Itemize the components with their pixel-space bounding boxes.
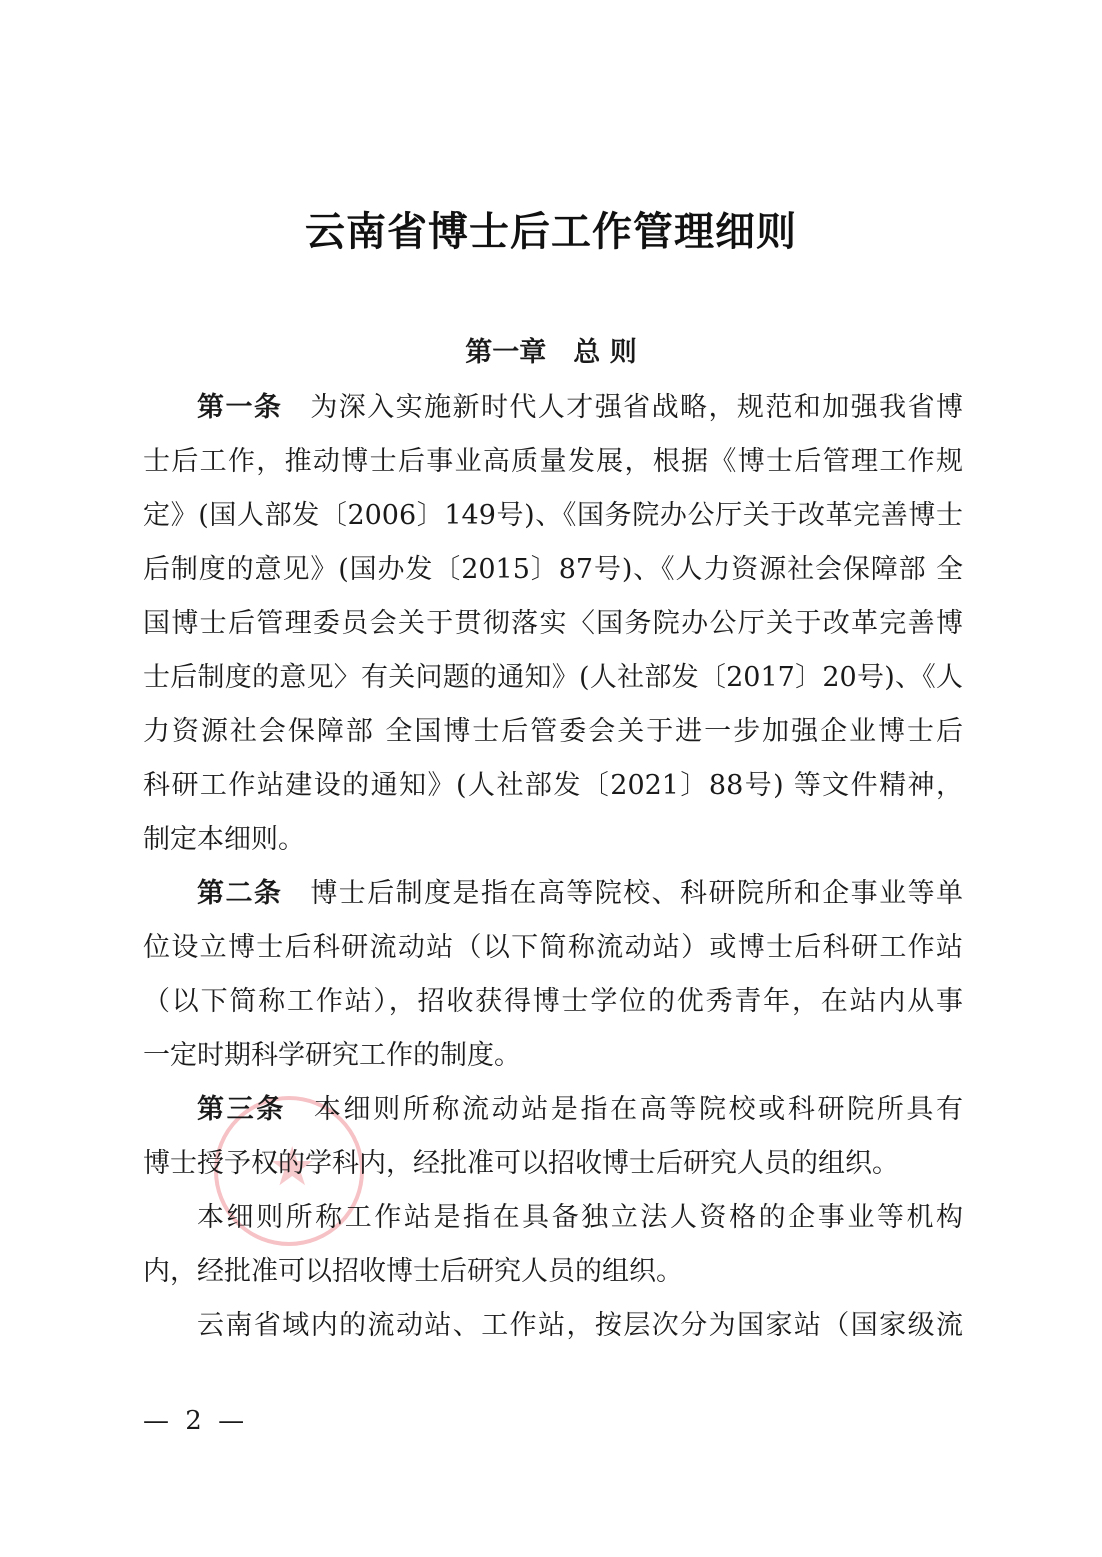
article-3-line-1: 第三条本细则所称流动站是指在高等院校或科研院所具有 [143,1087,963,1141]
article-2-line: 位设立博士后科研流动站（以下简称流动站）或博士后科研工作站 [143,925,963,979]
article-1-line: 士后制度的意见〉有关问题的通知》(人社部发〔2017〕20号)、《人 [143,655,963,709]
document-title: 云南省博士后工作管理细则 [0,200,1102,257]
article-3-line: 博士授予权的学科内，经批准可以招收博士后研究人员的组织。 [143,1141,963,1195]
document-body: 第一条为深入实施新时代人才强省战略，规范和加强我省博 士后工作，推动博士后事业高… [143,385,963,1357]
article-1-line-1: 第一条为深入实施新时代人才强省战略，规范和加强我省博 [143,385,963,439]
paragraph-line: 云南省域内的流动站、工作站，按层次分为国家站（国家级流 [143,1303,963,1357]
paragraph-line: 本细则所称工作站是指在具备独立法人资格的企事业等机构 [143,1195,963,1249]
article-label: 第二条 [197,878,282,909]
article-1-line: 科研工作站建设的通知》(人社部发〔2021〕88号) 等文件精神， [143,763,963,817]
page-number: — 2 — [143,1406,248,1436]
article-2-line: 一定时期科学研究工作的制度。 [143,1033,963,1087]
article-1-line: 力资源社会保障部 全国博士后管委会关于进一步加强企业博士后 [143,709,963,763]
paragraph-line: 内，经批准可以招收博士后研究人员的组织。 [143,1249,963,1303]
article-2-line: （以下简称工作站），招收获得博士学位的优秀青年，在站内从事 [143,979,963,1033]
article-1-line: 国博士后管理委员会关于贯彻落实〈国务院办公厅关于改革完善博 [143,601,963,655]
document-page: ★ 云南省博士后工作管理细则 第一章 总 则 第一条为深入实施新时代人才强省战略… [0,0,1102,1557]
article-label: 第三条 [197,1094,286,1125]
article-label: 第一条 [197,392,282,423]
article-1-line: 后制度的意见》(国办发〔2015〕87号)、《人力资源社会保障部 全 [143,547,963,601]
article-1-line: 士后工作，推动博士后事业高质量发展，根据《博士后管理工作规 [143,439,963,493]
article-1-line: 定》(国人部发〔2006〕149号)、《国务院办公厅关于改革完善博士 [143,493,963,547]
article-1-line: 制定本细则。 [143,817,963,871]
article-2-line-1: 第二条博士后制度是指在高等院校、科研院所和企事业等单 [143,871,963,925]
chapter-heading: 第一章 总 则 [0,330,1102,369]
